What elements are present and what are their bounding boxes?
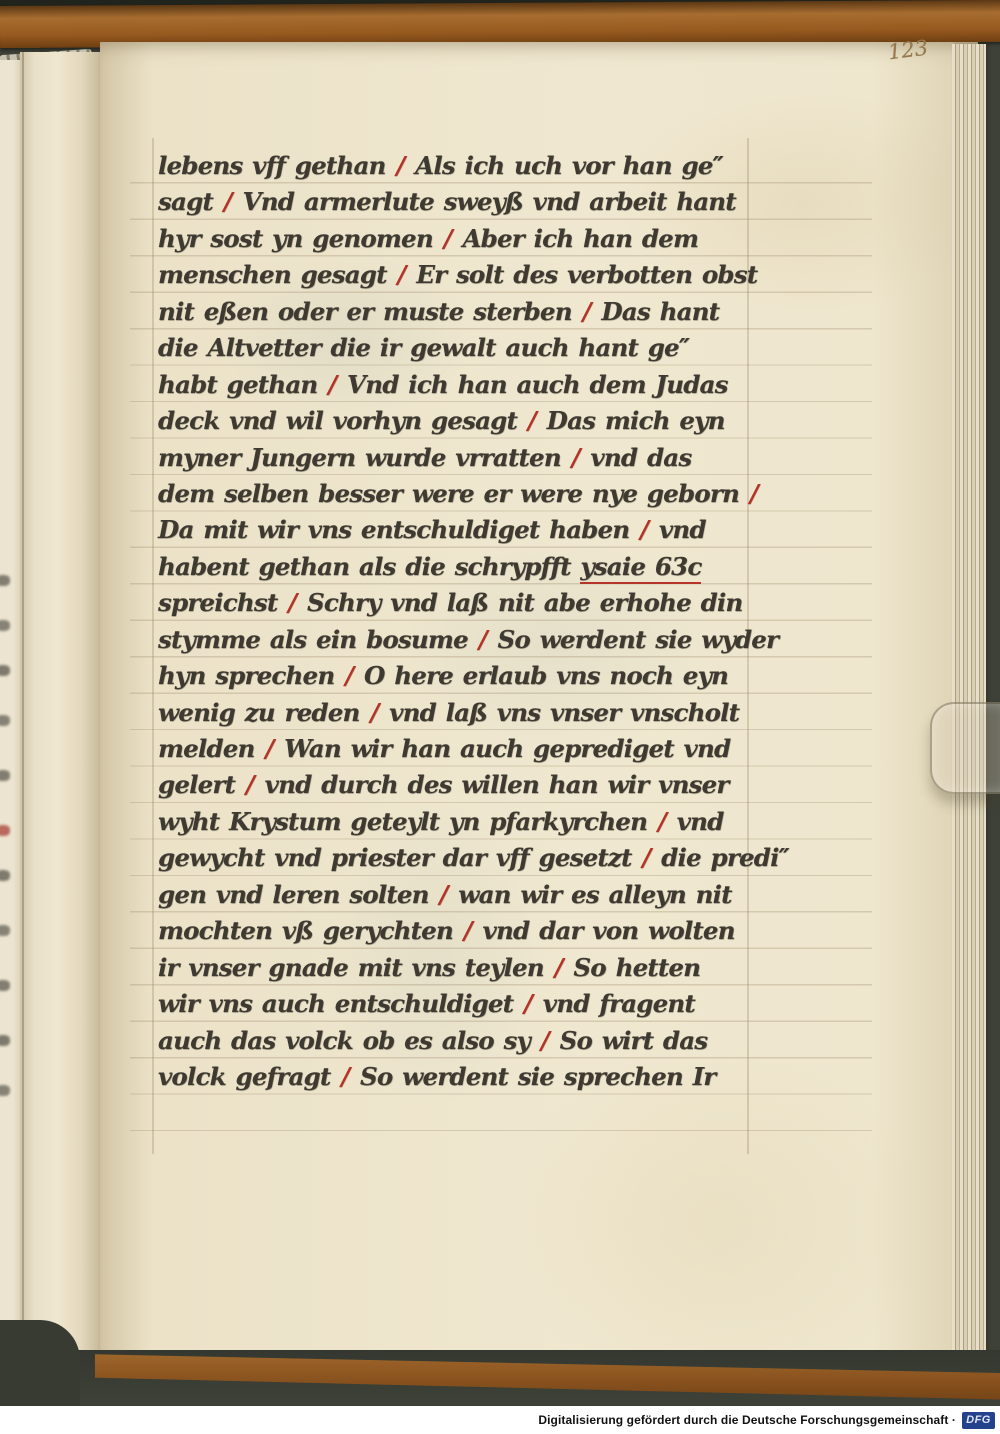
manuscript-line: wyht Krystum geteylt yn pfarkyrchen / vn… xyxy=(158,804,798,840)
manuscript-line: Da mit wir vns entschuldiget haben / vnd xyxy=(158,512,798,548)
rubric-slash: / xyxy=(657,807,667,836)
manuscript-line: habt gethan / Vnd ich han auch dem Judas xyxy=(158,367,798,403)
rubric-slash: / xyxy=(245,770,255,799)
rubric-slash: / xyxy=(327,370,337,399)
rubric-slash: / xyxy=(396,260,406,289)
manuscript-line: deck vnd wil vorhyn gesagt / Das mich ey… xyxy=(158,403,798,439)
rubric-slash: / xyxy=(264,734,274,763)
manuscript-line: myner Jungern wurde vrratten / vnd das xyxy=(158,440,798,476)
manuscript-line: wir vns auch entschuldiget / vnd fragent xyxy=(158,986,798,1022)
margin-line-left xyxy=(152,138,154,1154)
rubric-slash: / xyxy=(554,953,564,982)
rubric-slash: / xyxy=(463,916,473,945)
rubric-slash: / xyxy=(438,880,448,909)
manuscript-line: habent gethan als die schrypfft ysaie 63… xyxy=(158,549,798,585)
rubric-slash: / xyxy=(287,588,297,617)
rubric-slash: / xyxy=(571,443,581,472)
manuscript-line: nit eßen oder er muste sterben / Das han… xyxy=(158,294,798,330)
dfg-logo: DFG xyxy=(962,1412,995,1429)
manuscript-line: sagt / Vnd armerlute sweyß vnd arbeit ha… xyxy=(158,184,798,220)
rubric-slash: / xyxy=(749,479,759,508)
gutter-fold xyxy=(20,52,102,1364)
manuscript-line: dem selben besser were er were nye gebor… xyxy=(158,476,798,512)
footer-credit-text: Digitalisierung gefördert durch die Deut… xyxy=(538,1413,956,1427)
manuscript-line: stymme als ein bosume / So werdent sie w… xyxy=(158,622,798,658)
rubric-slash: / xyxy=(344,661,354,690)
manuscript-line: spreichst / Schry vnd laß nit abe erhohe… xyxy=(158,585,798,621)
rubric-slash: / xyxy=(395,151,405,180)
footer-bar: Digitalisierung gefördert durch die Deut… xyxy=(0,1406,1000,1434)
facing-page-text-smudges xyxy=(0,60,16,1360)
manuscript-line: melden / Wan wir han auch geprediget vnd xyxy=(158,731,798,767)
manuscript-line: hyr sost yn genomen / Aber ich han dem xyxy=(158,221,798,257)
rubric-slash: / xyxy=(478,625,488,654)
rubric-slash: / xyxy=(641,843,651,872)
manuscript-line: gen vnd leren solten / wan wir es alleyn… xyxy=(158,877,798,913)
rubric-slash: / xyxy=(369,698,379,727)
manuscript-line: gewycht vnd priester dar vff gesetzt / d… xyxy=(158,840,798,876)
manuscript-line: volck gefragt / So werdent sie sprechen … xyxy=(158,1059,798,1095)
rubric-slash: / xyxy=(523,989,533,1018)
rubric-slash: / xyxy=(340,1062,350,1091)
manuscript-line: hyn sprechen / O here erlaub vns noch ey… xyxy=(158,658,798,694)
manuscript-line: die Altvetter die ir gewalt auch hant ge… xyxy=(158,330,798,366)
top-binding-leather xyxy=(0,0,1000,48)
scan-background-bottom-left xyxy=(0,1320,80,1410)
manuscript-line: menschen gesagt / Er solt des verbotten … xyxy=(158,257,798,293)
manuscript-line: wenig zu reden / vnd laß vns vnser vnsch… xyxy=(158,695,798,731)
rubric-slash: / xyxy=(223,187,233,216)
rubric-slash: / xyxy=(639,515,649,544)
rubric-slash: / xyxy=(581,297,591,326)
rubric-slash: / xyxy=(540,1026,550,1055)
rubric-slash: / xyxy=(443,224,453,253)
manuscript-text-block: lebens vff gethan / Als ich uch vor han … xyxy=(158,148,798,1095)
bookmark-clip xyxy=(930,702,1000,794)
manuscript-line: auch das volck ob es also sy / So wirt d… xyxy=(158,1023,798,1059)
folio-number: 123 xyxy=(887,36,930,65)
manuscript-line: mochten vß gerychten / vnd dar von wolte… xyxy=(158,913,798,949)
manuscript-line: lebens vff gethan / Als ich uch vor han … xyxy=(158,148,798,184)
scripture-citation: ysaie 63c xyxy=(580,552,701,584)
manuscript-line: ir vnser gnade mit vns teylen / So hette… xyxy=(158,950,798,986)
manuscript-line: gelert / vnd durch des willen han wir vn… xyxy=(158,767,798,803)
rubric-slash: / xyxy=(527,406,537,435)
